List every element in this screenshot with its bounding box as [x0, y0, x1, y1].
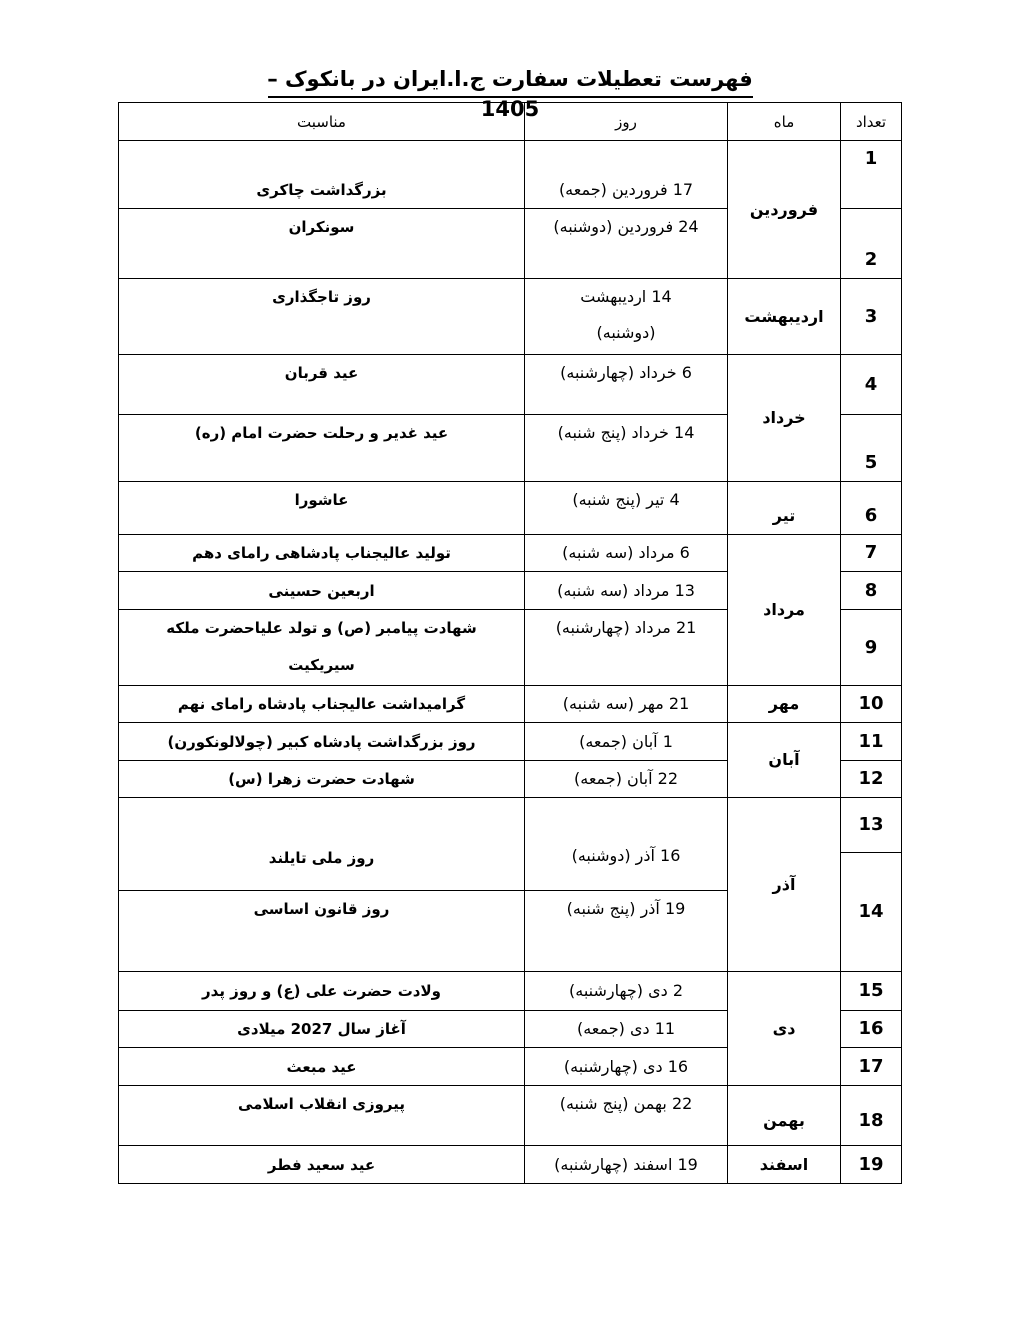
day-cell: 16 دی (چهارشنبه)	[524, 1047, 728, 1086]
number-cell: 19	[840, 1145, 902, 1184]
number-cell: 2	[840, 208, 902, 279]
occasion-cell: عید غدیر و رحلت حضرت امام (ره)	[118, 414, 525, 482]
day-cell: 6 مرداد (سه شنبه)	[524, 534, 728, 572]
month-cell: فروردین	[727, 140, 841, 279]
occasion-cell: شهادت پیامبر (ص) و تولد علیاحضرت ملکه سی…	[118, 609, 525, 686]
occasion-cell: اربعین حسینی	[118, 571, 525, 610]
occasion-cell: عید سعید فطر	[118, 1145, 525, 1184]
number-cell: 16	[840, 1010, 902, 1048]
occasion-cell: بزرگداشت چاکری	[118, 140, 525, 209]
month-cell: مهر	[727, 685, 841, 723]
occasion-cell: روز قانون اساسی	[118, 890, 525, 972]
number-cell: 13	[840, 797, 902, 853]
number-cell: 8	[840, 571, 902, 610]
month-cell: اسفند	[727, 1145, 841, 1184]
day-cell: 2 دی (چهارشنبه)	[524, 971, 728, 1011]
number-cell: 9	[840, 609, 902, 686]
occasion-cell: تولید عالیجناب پادشاهی رامای دهم	[118, 534, 525, 572]
month-cell: آبان	[727, 722, 841, 798]
month-cell: مرداد	[727, 534, 841, 686]
number-cell: 1	[840, 140, 902, 209]
number-cell: 3	[840, 278, 902, 355]
number-cell: 6	[840, 481, 902, 535]
header-month: ماه	[727, 102, 841, 141]
day-cell: 14 خرداد (پنج شنبه)	[524, 414, 728, 482]
day-cell: 6 خرداد (چهارشنبه)	[524, 354, 728, 415]
occasion-cell: ولادت حضرت علی (ع) و روز پدر	[118, 971, 525, 1011]
day-cell: 21 مهر (سه شنبه)	[524, 685, 728, 723]
day-cell: 22 بهمن (پنج شنبه)	[524, 1085, 728, 1146]
month-cell: تیر	[727, 481, 841, 535]
number-cell: 12	[840, 760, 902, 798]
occasion-cell: گرامیداشت عالیجناب پادشاه رامای نهم	[118, 685, 525, 723]
month-cell: دی	[727, 971, 841, 1086]
month-cell: خرداد	[727, 354, 841, 482]
occasion-cell: سونکران	[118, 208, 525, 279]
number-cell: 17	[840, 1047, 902, 1086]
day-cell: 11 دی (جمعه)	[524, 1010, 728, 1048]
occasion-cell: عید قربان	[118, 354, 525, 415]
occasion-cell: روز تاجگذاری	[118, 278, 525, 355]
occasion-cell: عاشورا	[118, 481, 525, 535]
occasion-cell: شهادت حضرت زهرا (س)	[118, 760, 525, 798]
number-cell: 11	[840, 722, 902, 761]
holiday-table: مناسبت روز ماه تعداد بزرگداشت چاکری 17 ف…	[0, 0, 1020, 1320]
occasion-cell: پیروزی انقلاب اسلامی	[118, 1085, 525, 1146]
month-cell: اردیبهشت	[727, 278, 841, 355]
number-cell: 10	[840, 685, 902, 723]
number-cell: 5	[840, 414, 902, 482]
day-cell: 19 آذر (پنج شنبه)	[524, 890, 728, 972]
month-cell: بهمن	[727, 1085, 841, 1146]
header-occasion: مناسبت	[118, 102, 525, 141]
occasion-cell: روز بزرگداشت پادشاه کبیر (چولالونکورن)	[118, 722, 525, 761]
day-cell: 21 مرداد (چهارشنبه)	[524, 609, 728, 686]
number-cell: 7	[840, 534, 902, 572]
number-cell: 18	[840, 1085, 902, 1146]
day-cell: 22 آبان (جمعه)	[524, 760, 728, 798]
occasion-cell: روز ملی تایلند	[118, 797, 525, 891]
day-cell: 16 آذر (دوشنبه)	[524, 797, 728, 891]
day-cell: 4 تیر (پنج شنبه)	[524, 481, 728, 535]
occasion-cell: عید مبعث	[118, 1047, 525, 1086]
number-cell: 14	[840, 852, 902, 972]
number-cell: 4	[840, 354, 902, 415]
day-cell: 13 مرداد (سه شنبه)	[524, 571, 728, 610]
day-cell: 1 آبان (جمعه)	[524, 722, 728, 761]
month-cell: آذر	[727, 797, 841, 972]
day-cell: 19 اسفند (چهارشنبه)	[524, 1145, 728, 1184]
number-cell: 15	[840, 971, 902, 1011]
occasion-cell: آغاز سال 2027 میلادی	[118, 1010, 525, 1048]
day-cell: 14 اردیبهشت (دوشنبه)	[524, 278, 728, 355]
header-number: تعداد	[840, 102, 902, 141]
day-cell: 17 فروردین (جمعه)	[524, 140, 728, 209]
header-day: روز	[524, 102, 728, 141]
day-cell: 24 فروردین (دوشنبه)	[524, 208, 728, 279]
